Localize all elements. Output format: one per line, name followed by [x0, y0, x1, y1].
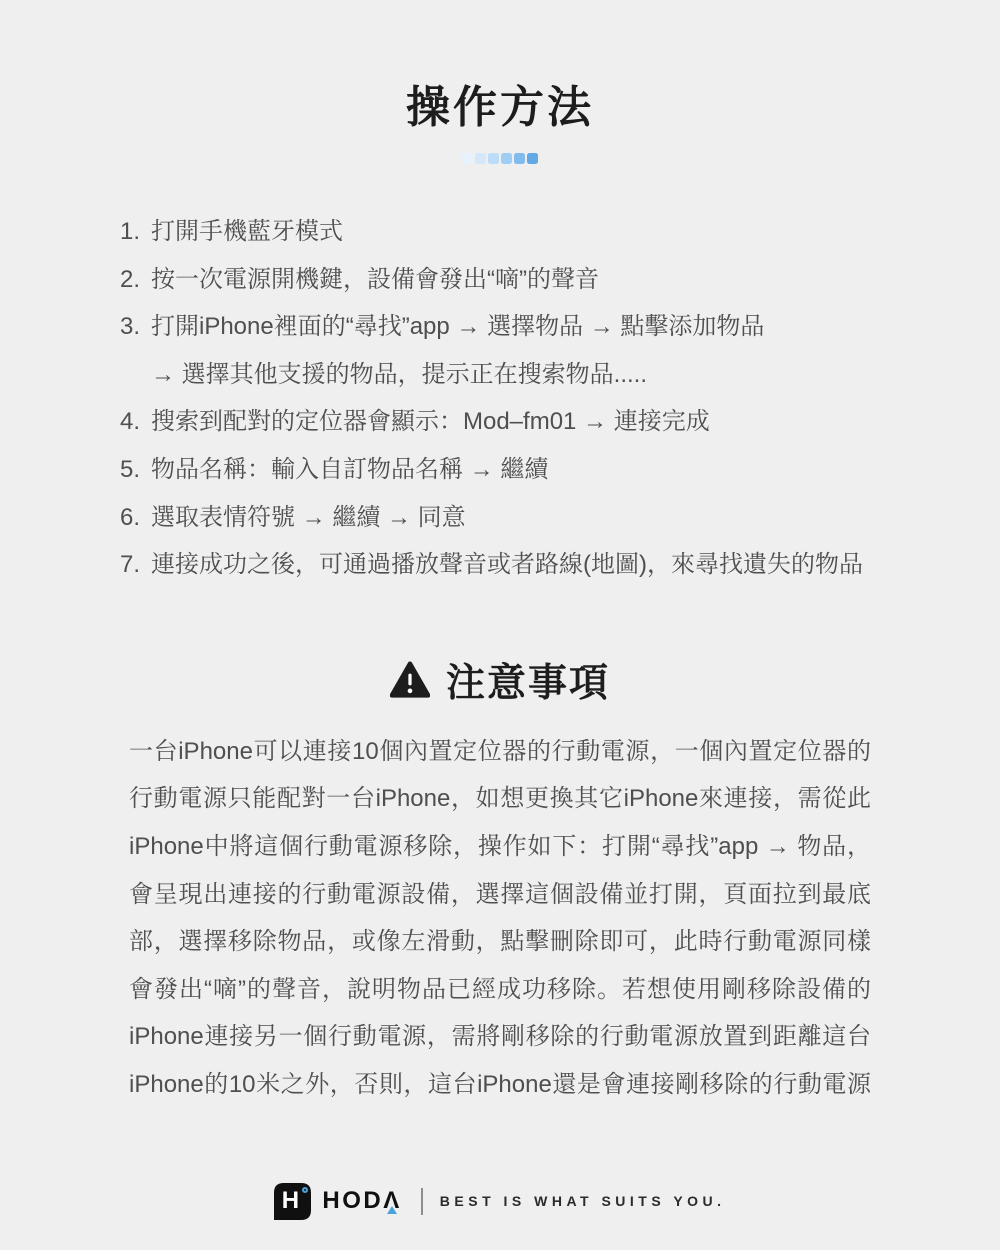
notice-line: 行動電源只能配對一台iPhone，如想更換其它iPhone來連接，需從此 — [129, 775, 871, 823]
notice-paragraph: 一台iPhone可以連接10個內置定位器的行動電源，一個內置定位器的 行動電源只… — [129, 728, 871, 1109]
steps-list: 1. 打開手機藍牙模式 2. 按一次電源開機鍵，設備會發出“嘀”的聲音 3. 打… — [120, 208, 930, 589]
step-text: 打開iPhone裡面的“尋找”app → 選擇物品 → 點擊添加物品 — [151, 303, 930, 351]
decor-square — [475, 153, 486, 164]
step-text: 選取表情符號 → 繼續 → 同意 — [151, 494, 930, 542]
notice-line: 會發出“嘀”的聲音，說明物品已經成功移除。若想使用剛移除設備的 — [129, 966, 871, 1014]
decor-square — [527, 153, 538, 164]
brand-text: HOD — [322, 1187, 383, 1215]
page-title: 操作方法 — [0, 0, 1000, 130]
step-number: 5. — [120, 446, 151, 494]
decor-square — [514, 153, 525, 164]
step-text-continued: → 選擇其他支援的物品，提示正在搜索物品..... — [151, 351, 930, 399]
notice-title: 注意事項 — [446, 652, 610, 708]
step-item-4: 4. 搜索到配對的定位器會顯示：Mod–fm01 → 連接完成 — [120, 398, 930, 446]
warning-triangle-icon — [390, 661, 430, 699]
step-item-1: 1. 打開手機藍牙模式 — [120, 208, 930, 256]
step-number: 6. — [120, 494, 151, 542]
step-text: 按一次電源開機鍵，設備會發出“嘀”的聲音 — [151, 256, 930, 304]
decor-square — [501, 153, 512, 164]
footer-brand-bar: H HOD Λ BEST IS WHAT SUITS YOU. — [0, 1183, 1000, 1220]
hoda-logo-icon: H — [274, 1183, 311, 1220]
logo-degree-icon — [302, 1187, 308, 1193]
step-number: 2. — [120, 256, 151, 304]
step-item-2: 2. 按一次電源開機鍵，設備會發出“嘀”的聲音 — [120, 256, 930, 304]
step-item-6: 6. 選取表情符號 → 繼續 → 同意 — [120, 494, 930, 542]
step-number: 4. — [120, 398, 151, 446]
notice-line: 一台iPhone可以連接10個內置定位器的行動電源，一個內置定位器的 — [129, 728, 871, 776]
instruction-page: 操作方法 1. 打開手機藍牙模式 2. 按一次電源開機鍵，設備會發出“嘀”的聲音… — [0, 0, 1000, 1220]
decor-square — [462, 153, 473, 164]
notice-line: 會呈現出連接的行動電源設備，選擇這個設備並打開，頁面拉到最底 — [129, 871, 871, 919]
notice-line: 部，選擇移除物品，或像左滑動，點擊刪除即可，此時行動電源同樣 — [129, 918, 871, 966]
decor-square — [488, 153, 499, 164]
decor-squares — [0, 153, 1000, 164]
brand-tagline: BEST IS WHAT SUITS YOU. — [440, 1193, 726, 1209]
notice-heading: 注意事項 — [0, 656, 1000, 704]
step-text: 搜索到配對的定位器會顯示：Mod–fm01 → 連接完成 — [151, 398, 930, 446]
step-item-3: 3. 打開iPhone裡面的“尋找”app → 選擇物品 → 點擊添加物品 → … — [120, 303, 930, 398]
step-text: 打開手機藍牙模式 — [151, 208, 930, 256]
notice-line: iPhone中將這個行動電源移除，操作如下：打開“尋找”app → 物品， — [129, 823, 871, 871]
step-item-5: 5. 物品名稱：輸入自訂物品名稱 → 繼續 — [120, 446, 930, 494]
footer-divider — [421, 1188, 423, 1215]
notice-line: iPhone連接另一個行動電源，需將剛移除的行動電源放置到距離這台 — [129, 1013, 871, 1061]
step-item-7: 7. 連接成功之後，可通過播放聲音或者路線(地圖)，來尋找遺失的物品 — [120, 541, 930, 589]
step-number: 7. — [120, 541, 151, 589]
step-number: 1. — [120, 208, 151, 256]
brand-wordmark: HOD Λ — [322, 1187, 401, 1215]
brand-triangle-icon — [387, 1206, 397, 1214]
step-text: 物品名稱：輸入自訂物品名稱 → 繼續 — [151, 446, 930, 494]
brand-last-letter: Λ — [383, 1187, 402, 1215]
notice-line: iPhone的10米之外，否則，這台iPhone還是會連接剛移除的行動電源 — [129, 1061, 871, 1109]
step-text: 連接成功之後，可通過播放聲音或者路線(地圖)，來尋找遺失的物品 — [151, 541, 930, 589]
step-number: 3. — [120, 303, 151, 398]
